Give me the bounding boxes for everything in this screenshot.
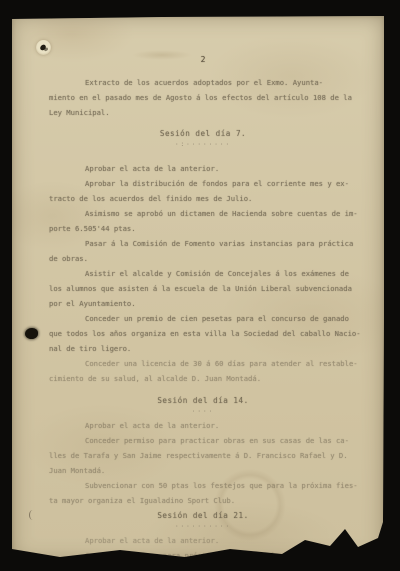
document-line: Subvencionar con 50 ptas los festejos qu… — [49, 478, 357, 493]
paragraph: Aprobar el acta de la anterior. — [49, 533, 357, 548]
paragraph: Asimismo se aprobó un dictamen de Hacien… — [49, 206, 357, 236]
document-line: Juan Montadá. — [49, 463, 357, 478]
section-heading-underline: ·:········ — [49, 141, 357, 149]
document-line: lles de Tarafa y San Jaime respectivamen… — [49, 448, 357, 463]
section-heading-underline: ·········· — [49, 523, 357, 531]
pen-mark-icon — [29, 510, 36, 520]
section-heading-sesion-7: Sesión del día 7.·:········ — [49, 126, 357, 149]
document-line: Asimismo se aprobó un dictamen de Hacien… — [49, 206, 357, 221]
paragraph: Conceder permiso para practicar obras en… — [49, 433, 357, 478]
document-line: Conceder permiso para practicar obras en… — [49, 433, 357, 448]
paragraph: Asistir el alcalde y Comisión de Conceja… — [49, 266, 357, 311]
document-line: porte 6.505'44 ptas. — [49, 221, 357, 236]
section-heading-title: Sesión del día 7. — [49, 126, 357, 141]
document-line: Conceder un premio de cien pesetas para … — [49, 311, 357, 326]
section-heading-sesion-14: Sesión del día 14.···· — [49, 393, 357, 416]
paragraph: Conceder permisos para práctica de obras… — [49, 548, 357, 563]
document-content: 2Extracto de los acuerdos adoptados por … — [49, 52, 357, 563]
document-line: tracto de los acuerdos del finido mes de… — [49, 191, 357, 206]
document-line: Aprobar el acta de la anterior. — [49, 533, 357, 548]
document-line: Extracto de los acuerdos adoptados por e… — [49, 75, 357, 90]
section-heading-underline: ···· — [49, 408, 357, 416]
document-paper: 2Extracto de los acuerdos adoptados por … — [12, 16, 384, 561]
document-line: los alumnos que asisten á la escuela de … — [49, 281, 357, 296]
section-heading-sesion-21: Sesión del día 21.·········· — [49, 508, 357, 531]
document-line: ta mayor organiza el Igualadino Sport Cl… — [49, 493, 357, 508]
paragraph: Extracto de los acuerdos adoptados por e… — [49, 75, 357, 120]
paragraph: Conceder una licencia de 30 á 60 días pa… — [49, 356, 357, 386]
document-line: que todos los años organiza en esta vill… — [49, 326, 357, 341]
paragraph: Aprobar el acta de la anterior. — [49, 418, 357, 433]
document-line: Pasar á la Comisión de Fomento varias in… — [49, 236, 357, 251]
document-line: Aprobar el acta de la anterior. — [49, 418, 357, 433]
document-line: nal de tiro ligero. — [49, 341, 357, 356]
document-line: Conceder permisos para práctica de obras… — [49, 548, 357, 563]
document-line: cimiento de su salud, al alcalde D. Juan… — [49, 371, 357, 386]
document-line: por el Ayuntamiento. — [49, 296, 357, 311]
document-line: Aprobar el acta de la anterior. — [49, 161, 357, 176]
document-line: Ley Municipal. — [49, 105, 357, 120]
paragraph: Pasar á la Comisión de Fomento varias in… — [49, 236, 357, 266]
ink-mark-icon — [39, 44, 47, 51]
document-line: Conceder una licencia de 30 á 60 días pa… — [49, 356, 357, 371]
ink-blot-icon — [25, 328, 38, 339]
paragraph: Aprobar el acta de la anterior. — [49, 161, 357, 176]
document-line: miento en el pasado mes de Agosto á los … — [49, 90, 357, 105]
section-heading-title: Sesión del día 14. — [49, 393, 357, 408]
document-line: de obras. — [49, 251, 357, 266]
document-line: Asistir el alcalde y Comisión de Conceja… — [49, 266, 357, 281]
section-heading-title: Sesión del día 21. — [49, 508, 357, 523]
paragraph: Conceder un premio de cien pesetas para … — [49, 311, 357, 356]
scanner-background: 2Extracto de los acuerdos adoptados por … — [0, 0, 400, 571]
page-number: 2 — [49, 52, 357, 67]
paragraph: Subvencionar con 50 ptas los festejos qu… — [49, 478, 357, 508]
document-line: Aprobar la distribución de fondos para e… — [49, 176, 357, 191]
paragraph: Aprobar la distribución de fondos para e… — [49, 176, 357, 206]
